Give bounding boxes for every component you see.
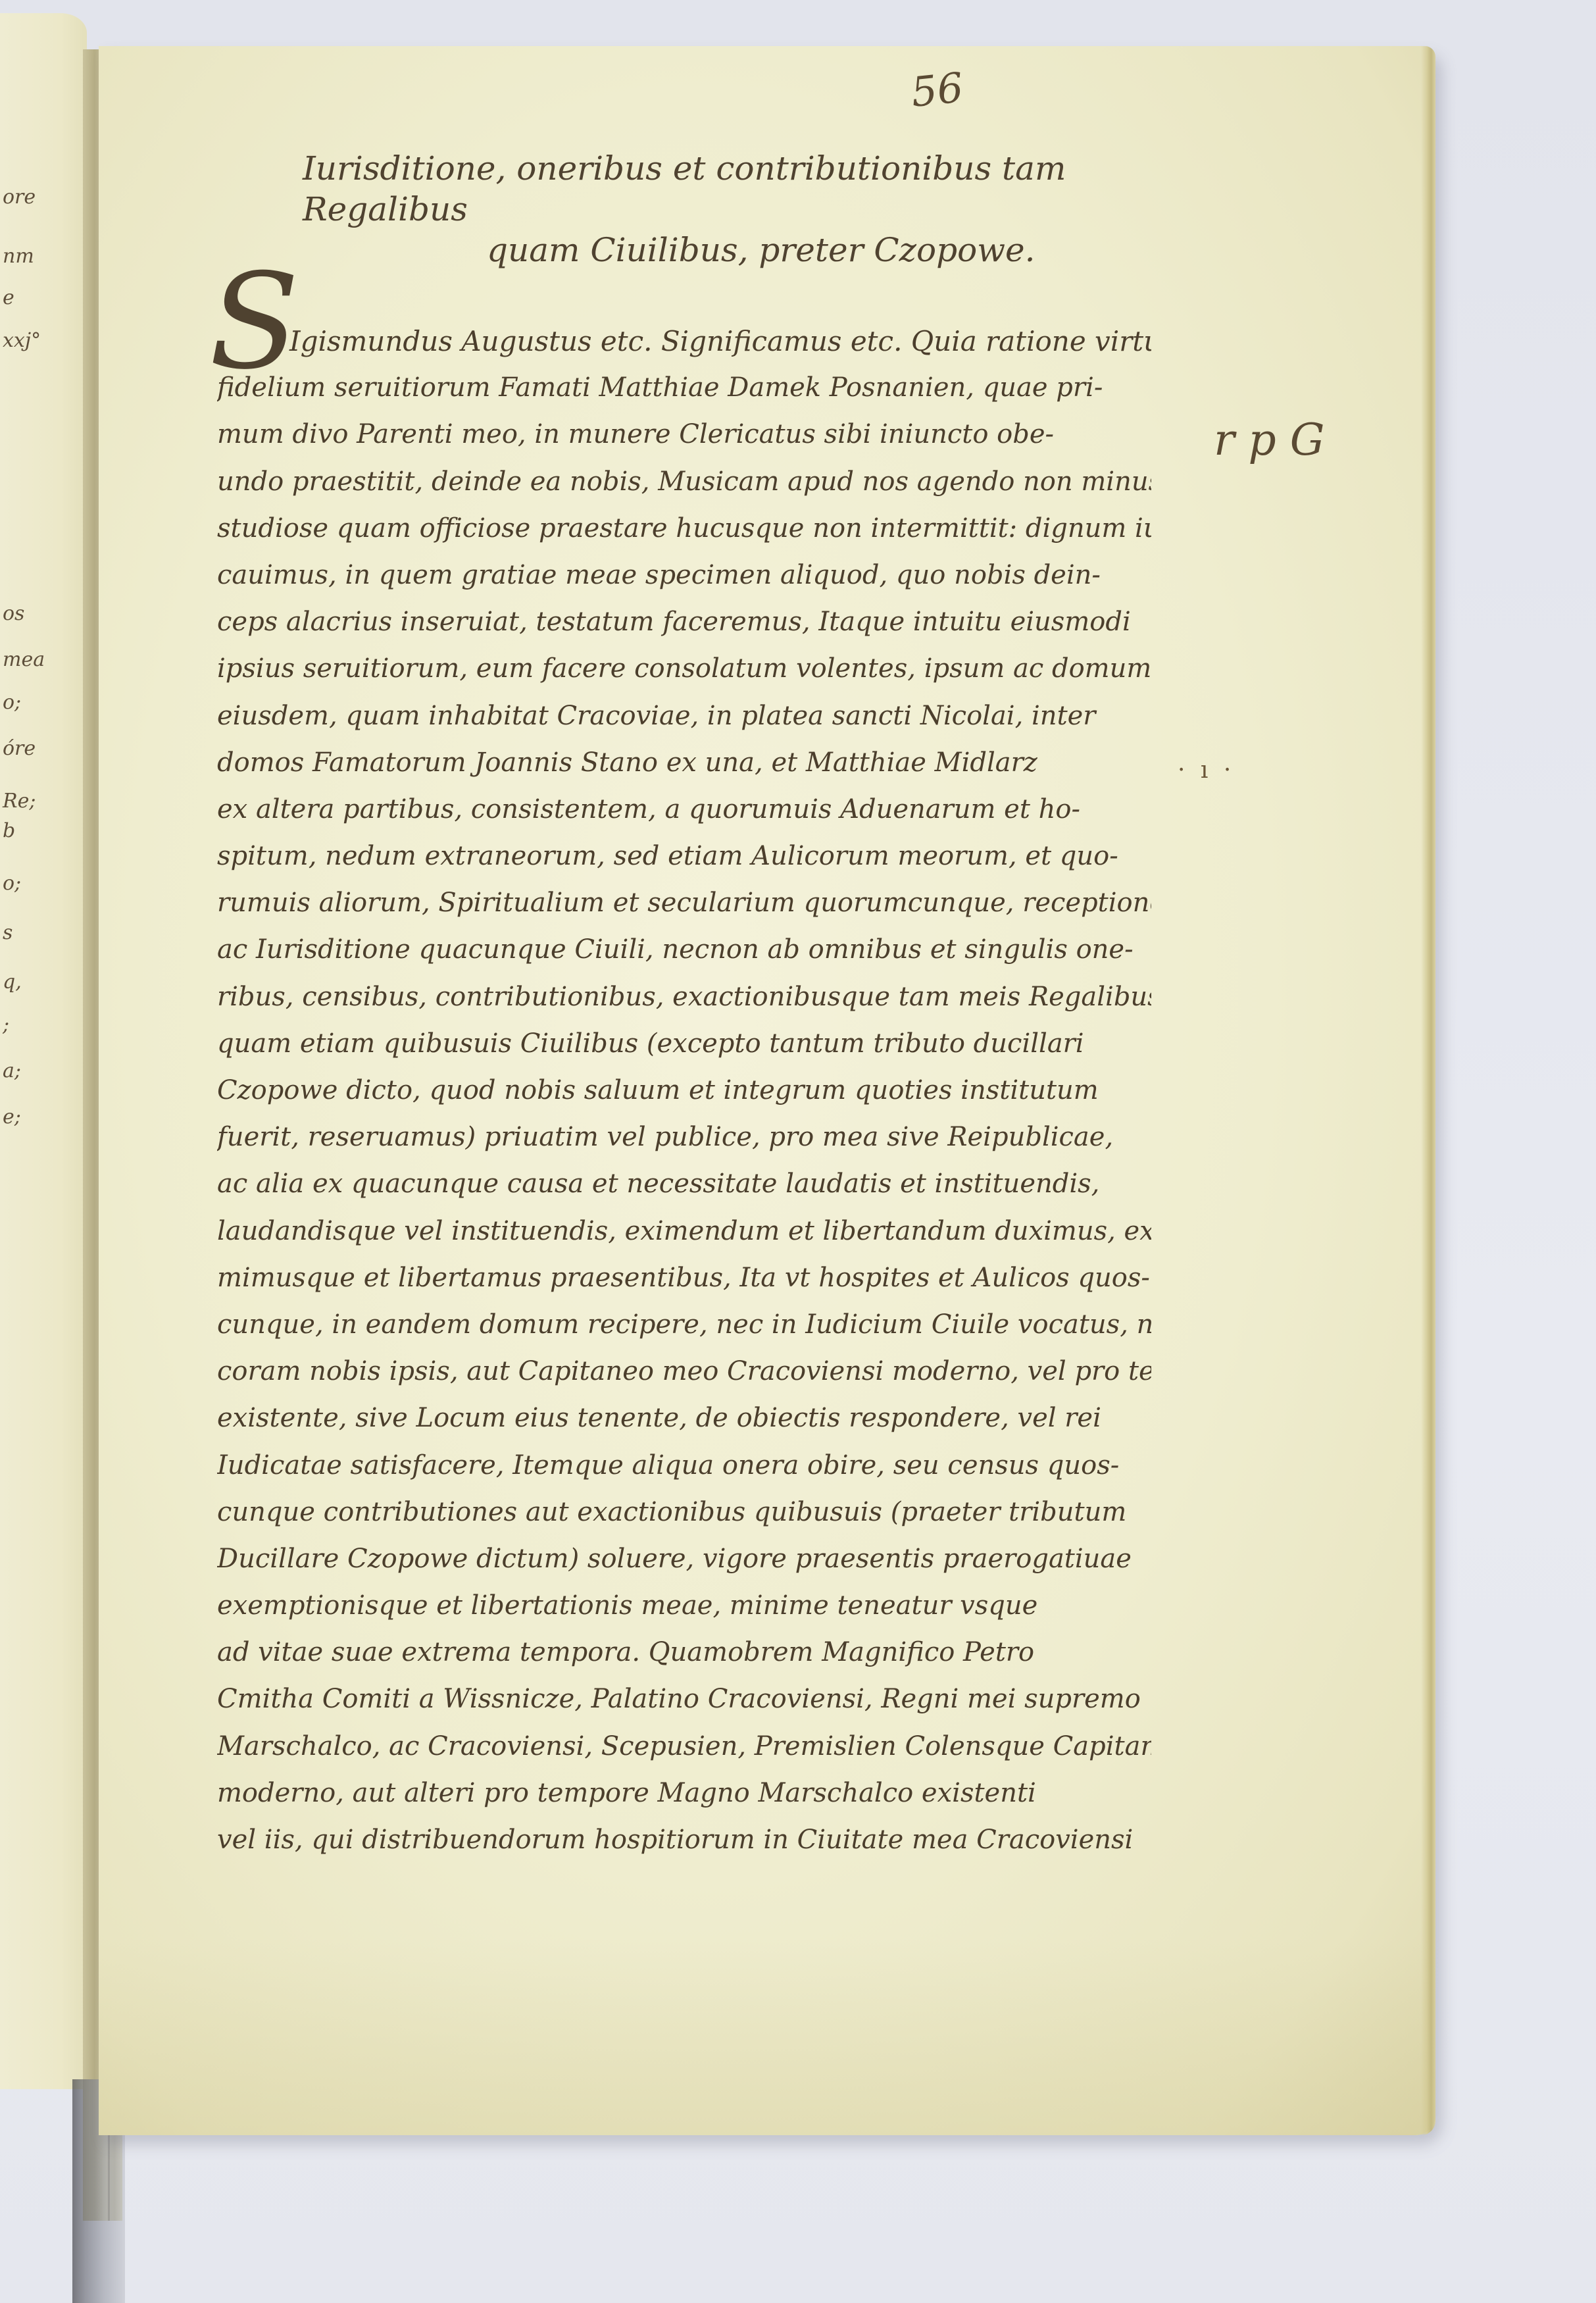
- left-page-fragment: mea: [3, 648, 45, 671]
- text-line: Ducillare Czopowe dictum) soluere, vigor…: [217, 1536, 1151, 1582]
- margin-annotation: r p G: [1214, 415, 1324, 465]
- left-page-fragment: ore: [3, 186, 36, 209]
- text-line: ac Iurisditione quacunque Ciuili, necnon…: [217, 926, 1151, 973]
- text-line: existente, sive Locum eius tenente, de o…: [217, 1395, 1151, 1442]
- left-page-fragment: óre: [3, 737, 36, 760]
- left-page-fragment: Re;: [3, 790, 36, 813]
- text-line: Igismundus Augustus etc. Significamus et…: [217, 318, 1151, 365]
- text-line: domos Famatorum Joannis Stano ex una, et…: [217, 740, 1151, 786]
- left-page-fragment: os: [3, 602, 24, 625]
- text-line: quam etiam quibusuis Ciuilibus (excepto …: [217, 1021, 1151, 1067]
- left-page-fragment: e;: [3, 1105, 21, 1128]
- text-line: eiusdem, quam inhabitat Cracoviae, in pl…: [217, 693, 1151, 740]
- text-line: Czopowe dicto, quod nobis saluum et inte…: [217, 1067, 1151, 1114]
- text-line: ac alia ex quacunque causa et necessitat…: [217, 1161, 1151, 1207]
- left-page-fragment: xxj°: [3, 329, 41, 352]
- text-line: vel iis, qui distribuendorum hospitiorum…: [217, 1817, 1151, 1863]
- left-page-fragment: q,: [3, 971, 22, 994]
- heading-line-2: quam Ciuilibus, preter Czopowe.: [197, 230, 1184, 270]
- left-page-fragment: o;: [3, 872, 21, 895]
- left-page-fragment: a;: [3, 1059, 21, 1082]
- margin-ink-marks: · ı ·: [1178, 757, 1235, 784]
- page-edge: [1421, 46, 1435, 2135]
- text-line: Cmitha Comiti a Wissnicze, Palatino Crac…: [217, 1676, 1151, 1723]
- text-line: coram nobis ipsis, aut Capitaneo meo Cra…: [217, 1348, 1151, 1395]
- heading-line-1: Iurisditione, oneribus et contributionib…: [197, 148, 1184, 230]
- page-toning: [99, 1938, 1435, 2135]
- text-line: studiose quam officiose praestare hucusq…: [217, 505, 1151, 552]
- left-page-fragment: e: [3, 286, 14, 309]
- left-page-fragment: s: [3, 921, 12, 944]
- text-line: Iudicatae satisfacere, Itemque aliqua on…: [217, 1442, 1151, 1489]
- text-line: rumuis aliorum, Spiritualium et seculari…: [217, 880, 1151, 926]
- left-page-fragment: o;: [3, 691, 21, 714]
- document-heading: Iurisditione, oneribus et contributionib…: [197, 148, 1184, 270]
- text-line: fidelium seruitiorum Famati Matthiae Dam…: [217, 365, 1151, 411]
- text-line: cauimus, in quem gratiae meae specimen a…: [217, 552, 1151, 599]
- text-line: spitum, nedum extraneorum, sed etiam Aul…: [217, 833, 1151, 880]
- text-line: cunque, in eandem domum recipere, nec in…: [217, 1302, 1151, 1348]
- text-line: fuerit, reseruamus) priuatim vel publice…: [217, 1114, 1151, 1161]
- text-line: Marschalco, ac Cracoviensi, Scepusien, P…: [217, 1723, 1151, 1770]
- text-line: ex altera partibus, consistentem, a quor…: [217, 786, 1151, 833]
- folio-number: 56: [909, 63, 965, 116]
- text-line: ribus, censibus, contributionibus, exact…: [217, 974, 1151, 1021]
- text-line: ceps alacrius inseruiat, testatum facere…: [217, 599, 1151, 645]
- text-line: ad vitae suae extrema tempora. Quamobrem…: [217, 1629, 1151, 1676]
- text-line: mimusque et libertamus praesentibus, Ita…: [217, 1255, 1151, 1302]
- left-page-fragment: b: [3, 819, 15, 842]
- left-facing-page: ore nm e xxj° os mea o; óre Re; b o; s q…: [0, 13, 87, 2089]
- text-line: cunque contributiones aut exactionibus q…: [217, 1489, 1151, 1536]
- text-line: undo praestitit, deinde ea nobis, Musica…: [217, 459, 1151, 505]
- text-line: ipsius seruitiorum, eum facere consolatu…: [217, 645, 1151, 692]
- left-page-fragment: nm: [3, 245, 34, 268]
- text-line: moderno, aut alteri pro tempore Magno Ma…: [217, 1770, 1151, 1817]
- manuscript-body: Igismundus Augustus etc. Significamus et…: [217, 318, 1151, 1863]
- text-line: mum divo Parenti meo, in munere Clericat…: [217, 411, 1151, 458]
- text-line: laudandisque vel instituendis, eximendum…: [217, 1208, 1151, 1255]
- text-line: exemptionisque et libertationis meae, mi…: [217, 1582, 1151, 1629]
- left-page-fragment: ;: [3, 1013, 9, 1036]
